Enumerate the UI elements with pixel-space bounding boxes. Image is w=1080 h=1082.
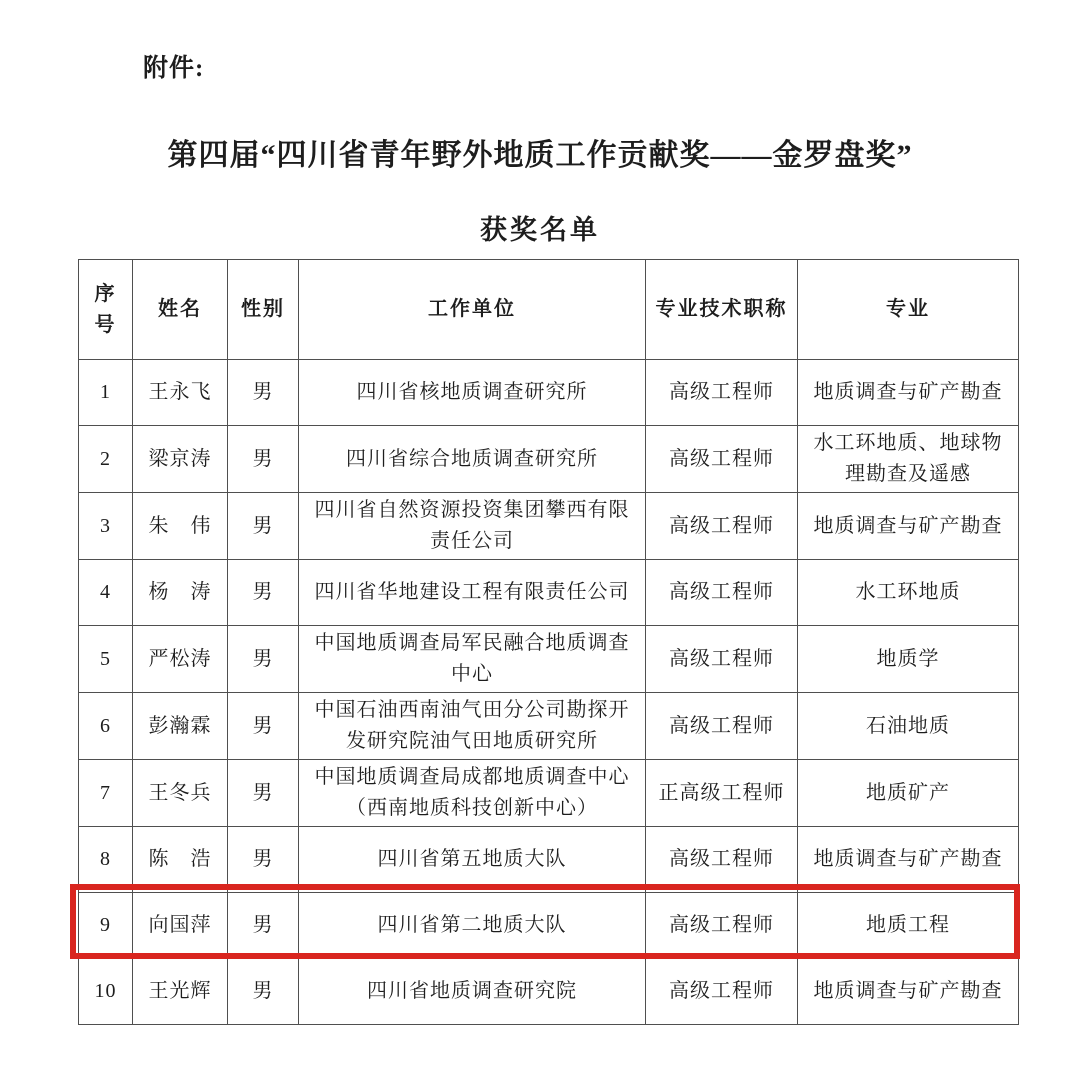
document-title: 第四届“四川省青年野外地质工作贡献奖——金罗盘奖”: [0, 130, 1080, 174]
specialty-cell: 地质调查与矿产勘查: [798, 959, 1019, 1025]
row-index-cell: 4: [79, 560, 133, 626]
name-cell: 杨 涛: [133, 560, 228, 626]
header-cell-gender: 性别: [228, 260, 299, 360]
name-cell: 严松涛: [133, 626, 228, 693]
specialty-cell: 地质调查与矿产勘查: [798, 827, 1019, 893]
work-unit-cell: 中国地质调查局军民融合地质调查 中心: [299, 626, 646, 693]
header-cell-work-unit: 工作单位: [299, 260, 646, 360]
header-cell-specialty: 专业: [798, 260, 1019, 360]
name-cell: 朱 伟: [133, 493, 228, 560]
specialty-cell: 地质学: [798, 626, 1019, 693]
table-row: 9向国萍男四川省第二地质大队高级工程师地质工程: [79, 893, 1019, 959]
job-title-cell: 高级工程师: [646, 426, 798, 493]
gender-cell: 男: [228, 560, 299, 626]
job-title-cell: 高级工程师: [646, 827, 798, 893]
job-title-cell: 高级工程师: [646, 693, 798, 760]
row-index-cell: 3: [79, 493, 133, 560]
table-row: 6彭瀚霖男中国石油西南油气田分公司勘探开 发研究院油气田地质研究所高级工程师石油…: [79, 693, 1019, 760]
specialty-cell: 地质工程: [798, 893, 1019, 959]
work-unit-cell: 四川省地质调查研究院: [299, 959, 646, 1025]
row-index-cell: 10: [79, 959, 133, 1025]
job-title-cell: 高级工程师: [646, 893, 798, 959]
row-index-cell: 1: [79, 360, 133, 426]
name-cell: 王光辉: [133, 959, 228, 1025]
table-row: 10王光辉男四川省地质调查研究院高级工程师地质调查与矿产勘查: [79, 959, 1019, 1025]
name-cell: 王冬兵: [133, 760, 228, 827]
name-cell: 王永飞: [133, 360, 228, 426]
job-title-cell: 正高级工程师: [646, 760, 798, 827]
row-index-cell: 2: [79, 426, 133, 493]
work-unit-cell: 四川省综合地质调查研究所: [299, 426, 646, 493]
job-title-cell: 高级工程师: [646, 360, 798, 426]
table-row: 2梁京涛男四川省综合地质调查研究所高级工程师水工环地质、地球物 理勘查及遥感: [79, 426, 1019, 493]
table-row: 7王冬兵男中国地质调查局成都地质调查中心 （西南地质科技创新中心）正高级工程师地…: [79, 760, 1019, 827]
work-unit-cell: 中国地质调查局成都地质调查中心 （西南地质科技创新中心）: [299, 760, 646, 827]
row-index-cell: 9: [79, 893, 133, 959]
gender-cell: 男: [228, 760, 299, 827]
specialty-cell: 水工环地质: [798, 560, 1019, 626]
job-title-cell: 高级工程师: [646, 493, 798, 560]
row-index-cell: 7: [79, 760, 133, 827]
specialty-cell: 地质调查与矿产勘查: [798, 493, 1019, 560]
gender-cell: 男: [228, 626, 299, 693]
specialty-cell: 石油地质: [798, 693, 1019, 760]
work-unit-cell: 四川省第二地质大队: [299, 893, 646, 959]
work-unit-cell: 四川省自然资源投资集团攀西有限 责任公司: [299, 493, 646, 560]
header-cell-job-title: 专业技术职称: [646, 260, 798, 360]
gender-cell: 男: [228, 426, 299, 493]
gender-cell: 男: [228, 360, 299, 426]
table-row: 8陈 浩男四川省第五地质大队高级工程师地质调查与矿产勘查: [79, 827, 1019, 893]
table-row: 3朱 伟男四川省自然资源投资集团攀西有限 责任公司高级工程师地质调查与矿产勘查: [79, 493, 1019, 560]
work-unit-cell: 四川省核地质调查研究所: [299, 360, 646, 426]
table-row: 5严松涛男中国地质调查局军民融合地质调查 中心高级工程师地质学: [79, 626, 1019, 693]
gender-cell: 男: [228, 493, 299, 560]
gender-cell: 男: [228, 827, 299, 893]
gender-cell: 男: [228, 693, 299, 760]
row-index-cell: 6: [79, 693, 133, 760]
name-cell: 陈 浩: [133, 827, 228, 893]
gender-cell: 男: [228, 893, 299, 959]
table-row: 4杨 涛男四川省华地建设工程有限责任公司高级工程师水工环地质: [79, 560, 1019, 626]
specialty-cell: 地质矿产: [798, 760, 1019, 827]
gender-cell: 男: [228, 959, 299, 1025]
work-unit-cell: 四川省第五地质大队: [299, 827, 646, 893]
row-index-cell: 5: [79, 626, 133, 693]
job-title-cell: 高级工程师: [646, 626, 798, 693]
work-unit-cell: 四川省华地建设工程有限责任公司: [299, 560, 646, 626]
award-table: 序号 姓名 性别 工作单位 专业技术职称 专业 1王永飞男四川省核地质调查研究所…: [78, 259, 1019, 1025]
row-index-cell: 8: [79, 827, 133, 893]
name-cell: 彭瀚霖: [133, 693, 228, 760]
work-unit-cell: 中国石油西南油气田分公司勘探开 发研究院油气田地质研究所: [299, 693, 646, 760]
specialty-cell: 地质调查与矿产勘查: [798, 360, 1019, 426]
document-subtitle: 获奖名单: [0, 208, 1080, 247]
table-row: 1王永飞男四川省核地质调查研究所高级工程师地质调查与矿产勘查: [79, 360, 1019, 426]
attachment-label: 附件:: [143, 48, 204, 84]
job-title-cell: 高级工程师: [646, 959, 798, 1025]
header-cell-name: 姓名: [133, 260, 228, 360]
header-cell-no: 序号: [79, 260, 133, 360]
table-header-row: 序号 姓名 性别 工作单位 专业技术职称 专业: [79, 260, 1019, 360]
specialty-cell: 水工环地质、地球物 理勘查及遥感: [798, 426, 1019, 493]
table-body: 1王永飞男四川省核地质调查研究所高级工程师地质调查与矿产勘查2梁京涛男四川省综合…: [79, 360, 1019, 1025]
name-cell: 向国萍: [133, 893, 228, 959]
name-cell: 梁京涛: [133, 426, 228, 493]
job-title-cell: 高级工程师: [646, 560, 798, 626]
document-page: 附件: 第四届“四川省青年野外地质工作贡献奖——金罗盘奖” 获奖名单 序号 姓名…: [0, 0, 1080, 1082]
